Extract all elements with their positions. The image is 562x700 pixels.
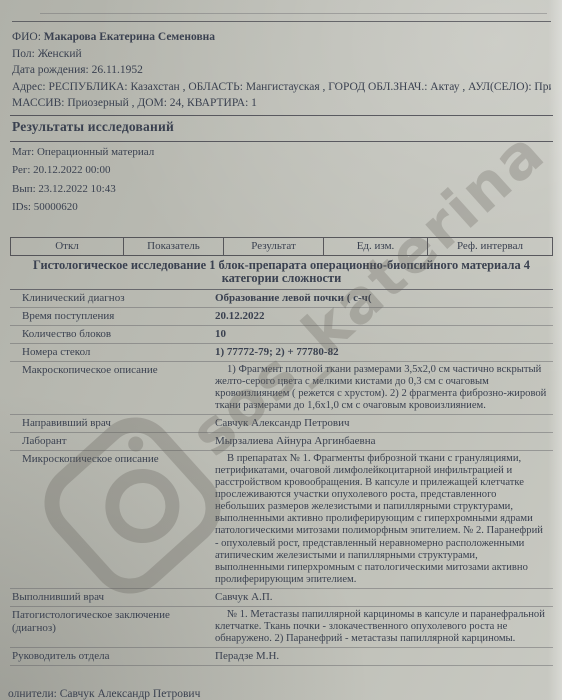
- col-header-deviation: Откл: [11, 238, 123, 255]
- row-label: Номера стекол: [10, 344, 213, 361]
- fio-value: Макарова Екатерина Семеновна: [44, 31, 215, 43]
- patient-fio-line: ФИО: Макарова Екатерина Семеновна: [12, 29, 551, 46]
- row-value: Перадзе М.Н.: [213, 648, 553, 665]
- ids-line: IDs: 50000620: [10, 197, 553, 216]
- patient-birth-line: Дата рождения: 26.11.1952: [12, 62, 551, 79]
- row-value: 10: [213, 326, 553, 343]
- row-label: Количество блоков: [10, 326, 213, 343]
- row-value: Мырзалиева Айнура Аргинбаевна: [213, 433, 553, 450]
- row-label: Руководитель отдела: [10, 648, 213, 665]
- table-row: Клинический диагноз Образование левой по…: [10, 290, 553, 308]
- table-header-row: Откл Показатель Результат Ед. изм. Реф. …: [10, 237, 553, 256]
- results-table: Откл Показатель Результат Ед. изм. Реф. …: [10, 237, 553, 667]
- row-label: Выполнивший врач: [10, 589, 213, 606]
- issued-line: Вып: 23.12.2022 10:43: [10, 179, 553, 198]
- results-heading: Результаты исследований: [10, 116, 553, 138]
- gender-value: Женский: [38, 48, 82, 60]
- row-label: Клинический диагноз: [10, 290, 213, 307]
- row-label: Микроскопическое описание: [10, 451, 213, 588]
- birth-value: 26.11.1952: [92, 64, 143, 76]
- address-value: РЕСПУБЛИКА: Казахстан , ОБЛАСТЬ: Мангист…: [48, 81, 551, 93]
- table-row: Выполнивший врач Савчук А.П.: [10, 589, 553, 607]
- patient-gender-line: Пол: Женский: [12, 46, 551, 63]
- row-value: 20.12.2022: [213, 308, 553, 325]
- table-row: Номера стекол 1) 77772-79; 2) + 77780-82: [10, 344, 553, 362]
- row-label: Патогистологическое заключение (диагноз): [10, 607, 213, 647]
- fio-label: ФИО:: [12, 31, 41, 43]
- row-label: Лаборант: [10, 433, 213, 450]
- row-value: 1) 77772-79; 2) + 77780-82: [213, 344, 553, 361]
- row-label: Макроскопическое описание: [10, 362, 213, 414]
- row-value: 1) Фрагмент плотной ткани размерами 3,5х…: [213, 362, 553, 414]
- birth-label: Дата рождения:: [12, 64, 89, 76]
- table-row: Лаборант Мырзалиева Айнура Аргинбаевна: [10, 433, 553, 451]
- study-section-title: Гистологическое исследование 1 блок-преп…: [10, 256, 553, 290]
- patient-info-block: ФИО: Макарова Екатерина Семеновна Пол: Ж…: [10, 22, 553, 112]
- patient-address-line2: МАССИВ: Приозерный , ДОМ: 24, КВАРТИРА: …: [12, 95, 551, 112]
- col-header-indicator: Показатель: [123, 238, 223, 255]
- table-row: Количество блоков 10: [10, 326, 553, 344]
- row-value: Образование левой почки ( с-ч(: [213, 290, 553, 307]
- table-row: Время поступления 20.12.2022: [10, 308, 553, 326]
- report-content: ФИО: Макарова Екатерина Семеновна Пол: Ж…: [0, 0, 562, 700]
- material-line: Мат: Операционный материал: [10, 142, 553, 161]
- registered-line: Рег: 20.12.2022 00:00: [10, 160, 553, 179]
- table-row: Патогистологическое заключение (диагноз)…: [10, 607, 553, 648]
- table-row: Руководитель отдела Перадзе М.Н.: [10, 648, 553, 666]
- table-row: Направивший врач Савчук Александр Петров…: [10, 415, 553, 433]
- row-value: В препаратах № 1. Фрагменты фиброзной тк…: [213, 451, 553, 588]
- col-header-result: Результат: [223, 238, 323, 255]
- row-label: Время поступления: [10, 308, 213, 325]
- col-header-ref-interval: Реф. интервал: [427, 238, 552, 255]
- document-photo: ФИО: Макарова Екатерина Семеновна Пол: Ж…: [0, 0, 562, 700]
- divider: [40, 13, 547, 14]
- address-label: Адрес:: [12, 81, 46, 93]
- row-value: Савчук А.П.: [213, 589, 553, 606]
- table-row: Макроскопическое описание 1) Фрагмент пл…: [10, 362, 553, 415]
- col-header-unit: Ед. изм.: [323, 238, 427, 255]
- row-label: Направивший врач: [10, 415, 213, 432]
- gender-label: Пол:: [12, 48, 35, 60]
- table-row: Микроскопическое описание В препаратах №…: [10, 451, 553, 589]
- row-value: № 1. Метастазы папиллярной карциномы в к…: [213, 607, 553, 647]
- row-value: Савчук Александр Петрович: [213, 415, 553, 432]
- patient-address-line: Адрес: РЕСПУБЛИКА: Казахстан , ОБЛАСТЬ: …: [12, 79, 551, 96]
- performers-line: олнители: Савчук Александр Петрович: [8, 688, 553, 700]
